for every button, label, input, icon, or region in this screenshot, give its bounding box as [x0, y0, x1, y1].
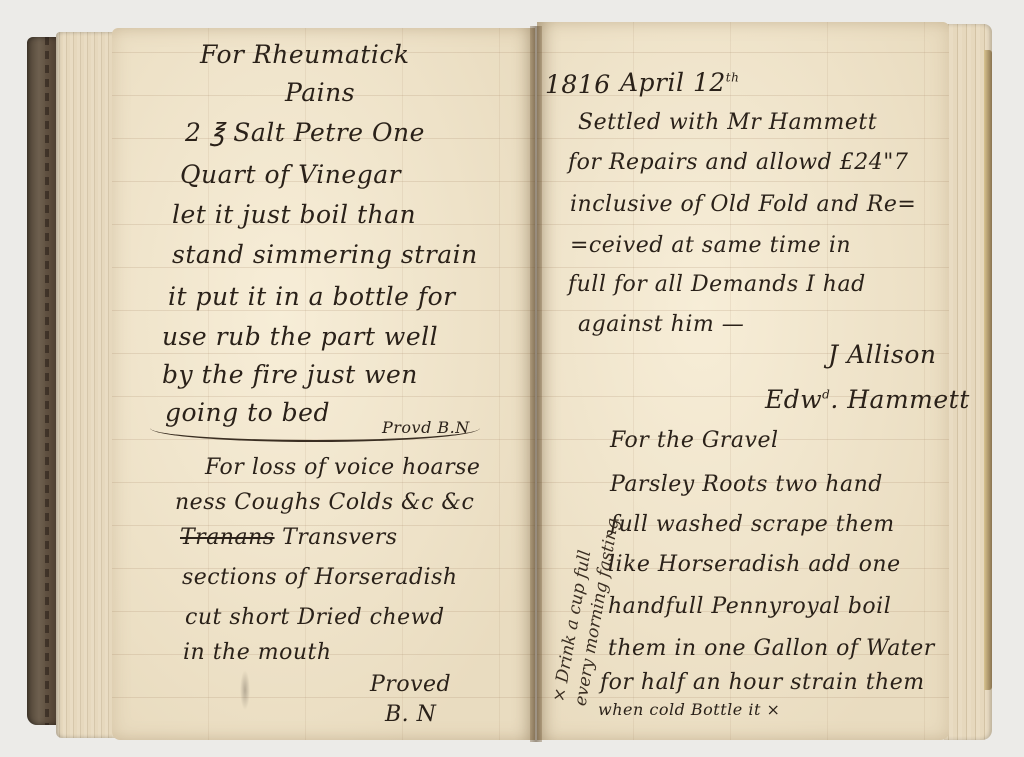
signature-first-name: Edw — [765, 385, 822, 414]
recipe-line: like Horseradish add one — [608, 552, 901, 577]
recipe-line: Parsley Roots two hand — [610, 472, 883, 497]
recipe-line: sections of Horseradish — [182, 565, 458, 590]
entry-year: 1816 — [545, 70, 611, 99]
signature-allison: J Allison — [828, 340, 937, 369]
entry-date: April 12th — [620, 68, 739, 97]
recipe-line: ness Coughs Colds &c &c — [175, 490, 474, 515]
recipe-line-with-strikeout: Tranans Transvers — [180, 525, 398, 550]
signature-hammett: Edwd. Hammett — [765, 385, 970, 414]
recipe-title-continued: Pains — [285, 78, 355, 107]
entry-line: =ceived at same time in — [570, 233, 851, 258]
recipe-line: let it just boil than — [172, 200, 416, 229]
entry-line: full for all Demands I had — [568, 272, 866, 297]
recipe-line: use rub the part well — [162, 322, 438, 351]
recipe-line: it put it in a bottle for — [168, 282, 456, 311]
entry-line: inclusive of Old Fold and Re= — [570, 192, 916, 217]
recipe-line: going to bed — [165, 398, 330, 427]
signature-surname: . Hammett — [830, 385, 969, 414]
recipe-line: full washed scrape them — [610, 512, 895, 537]
entry-date-suffix: th — [726, 71, 740, 85]
recipe-word: Transvers — [282, 525, 398, 550]
recipe-line: in the mouth — [183, 640, 332, 665]
recipe-line: handfull Pennyroyal boil — [608, 594, 891, 619]
struck-word: Tranans — [180, 525, 275, 550]
ink-smudge — [240, 670, 250, 710]
recipe-line: when cold Bottle it × — [598, 700, 780, 719]
entry-line: for Repairs and allowd £24"7 — [568, 150, 908, 175]
recipe-signature-initials: B. N — [385, 702, 436, 727]
recipe-line: for half an hour strain them — [600, 670, 925, 695]
recipe-line: stand simmering strain — [172, 240, 478, 269]
entry-month-day: April 12 — [620, 68, 726, 97]
recipe-signature: Proved — [370, 672, 451, 697]
entry-line: Settled with Mr Hammett — [578, 110, 877, 135]
recipe-title: For Rheumatick — [200, 40, 410, 69]
recipe-line: them in one Gallon of Water — [608, 636, 935, 661]
entry-line: against him — — [578, 312, 744, 337]
recipe-line: cut short Dried chewd — [185, 605, 445, 630]
book-gutter — [530, 26, 542, 742]
recipe-line: Quart of Vinegar — [180, 160, 401, 189]
right-cover-edge — [984, 50, 992, 690]
recipe-line: 2 ℥ Salt Petre One — [185, 118, 425, 147]
recipe-line: For loss of voice hoarse — [205, 455, 480, 480]
recipe-line: by the fire just wen — [162, 360, 418, 389]
recipe-title: For the Gravel — [610, 428, 779, 453]
